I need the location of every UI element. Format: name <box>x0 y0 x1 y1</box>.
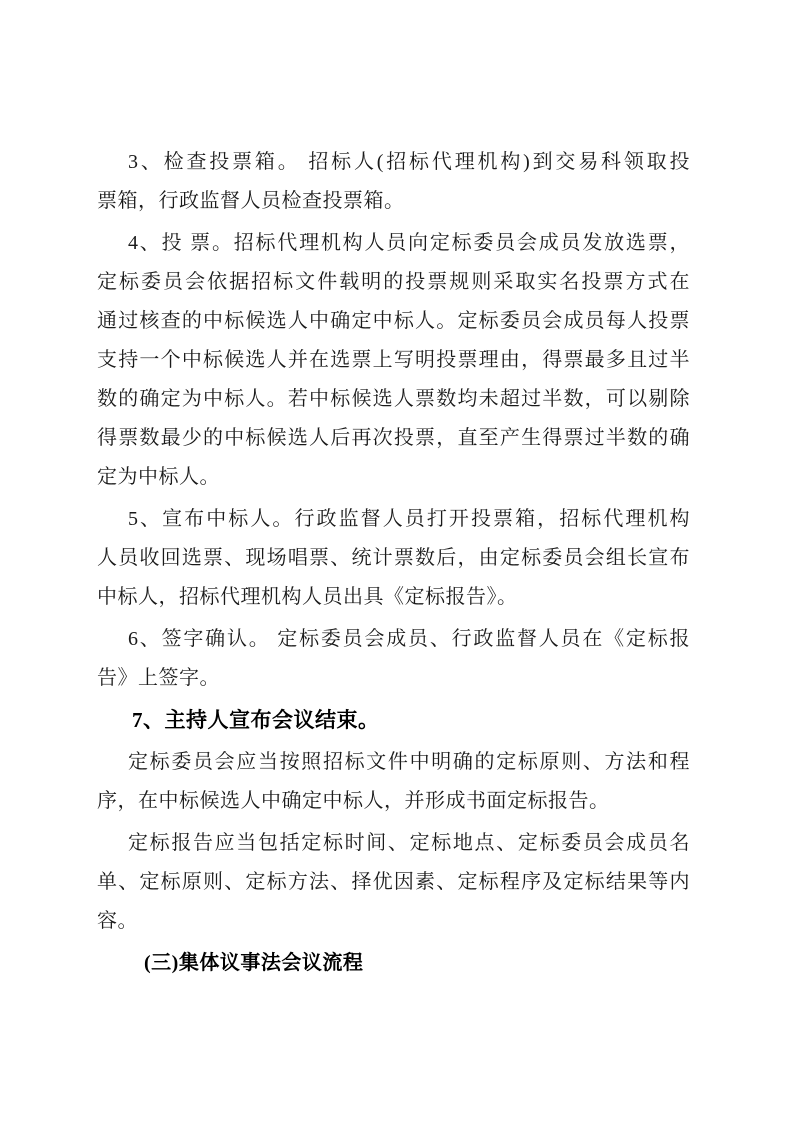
text-line: 票箱，行政监督人员检查投票箱。 <box>97 182 690 221</box>
text-line: 支持一个中标候选人并在选票上写明投票理由，得票最多且过半 <box>97 341 690 380</box>
text-line: 定标委员会应当按照招标文件中明确的定标原则、方法和程 <box>97 743 690 782</box>
document-body: 3、检查投票箱。 招标人(招标代理机构)到交易科领取投票箱，行政监督人员检查投票… <box>97 143 690 986</box>
text-line: 单、定标原则、定标方法、择优因素、定标程序及定标结果等内 <box>97 863 690 902</box>
text-paragraph: 定标委员会应当按照招标文件中明确的定标原则、方法和程序，在中标候选人中确定中标人… <box>97 743 690 821</box>
text-line: 告》上签字。 <box>97 659 690 698</box>
text-line: 4、投 票。招标代理机构人员向定标委员会成员发放选票， <box>97 224 690 263</box>
subheading-paragraph: (三)集体议事法会议流程 <box>97 944 690 983</box>
text-line: 容。 <box>97 902 690 941</box>
item-paragraph: 4、投 票。招标代理机构人员向定标委员会成员发放选票，定标委员会依据招标文件载明… <box>97 224 690 497</box>
text-line: 定为中标人。 <box>97 458 690 497</box>
heading-paragraph: 7、主持人宣布会议结束。 <box>97 701 690 740</box>
text-line: 中标人，招标代理机构人员出具《定标报告》。 <box>97 578 690 617</box>
document-page: 3、检查投票箱。 招标人(招标代理机构)到交易科领取投票箱，行政监督人员检查投票… <box>0 0 793 1121</box>
text-paragraph: 定标报告应当包括定标时间、定标地点、定标委员会成员名单、定标原则、定标方法、择优… <box>97 824 690 941</box>
text-line: 得票数最少的中标候选人后再次投票，直至产生得票过半数的确 <box>97 419 690 458</box>
item-paragraph: 5、宣布中标人。行政监督人员打开投票箱，招标代理机构人员收回选票、现场唱票、统计… <box>97 500 690 617</box>
text-line: 5、宣布中标人。行政监督人员打开投票箱，招标代理机构 <box>97 500 690 539</box>
item-paragraph: 3、检查投票箱。 招标人(招标代理机构)到交易科领取投票箱，行政监督人员检查投票… <box>97 143 690 221</box>
text-line: (三)集体议事法会议流程 <box>97 944 690 983</box>
text-line: 6、签字确认。 定标委员会成员、行政监督人员在《定标报 <box>97 620 690 659</box>
item-paragraph: 6、签字确认。 定标委员会成员、行政监督人员在《定标报告》上签字。 <box>97 620 690 698</box>
text-line: 通过核查的中标候选人中确定中标人。定标委员会成员每人投票 <box>97 302 690 341</box>
text-line: 7、主持人宣布会议结束。 <box>97 701 690 740</box>
text-line: 人员收回选票、现场唱票、统计票数后，由定标委员会组长宣布 <box>97 539 690 578</box>
text-line: 数的确定为中标人。若中标候选人票数均未超过半数，可以剔除 <box>97 380 690 419</box>
text-line: 3、检查投票箱。 招标人(招标代理机构)到交易科领取投 <box>97 143 690 182</box>
text-line: 序，在中标候选人中确定中标人，并形成书面定标报告。 <box>97 782 690 821</box>
text-line: 定标委员会依据招标文件载明的投票规则采取实名投票方式在 <box>97 263 690 302</box>
text-line: 定标报告应当包括定标时间、定标地点、定标委员会成员名 <box>97 824 690 863</box>
